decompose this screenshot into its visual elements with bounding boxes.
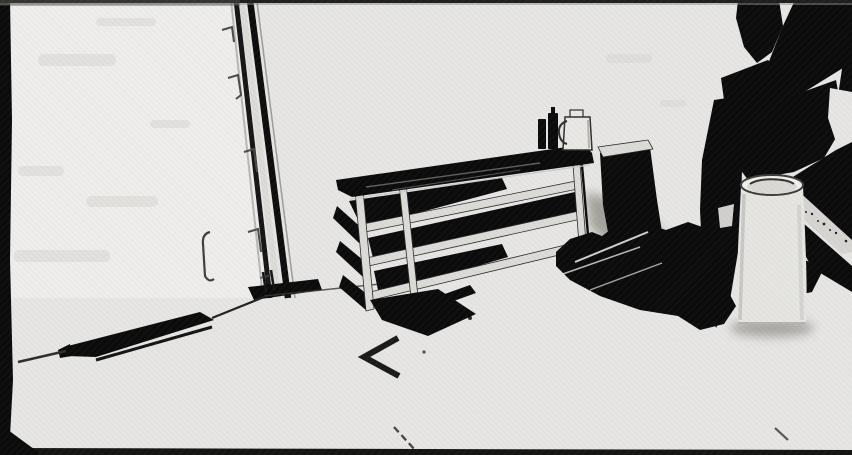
door-smudge bbox=[38, 54, 116, 66]
column-light-notch bbox=[718, 204, 734, 228]
bottle bbox=[548, 113, 558, 149]
door-smudge bbox=[14, 250, 110, 262]
wall-smudge bbox=[606, 54, 652, 63]
bucket bbox=[730, 175, 814, 337]
jug-shading bbox=[588, 120, 589, 148]
door-smudge bbox=[18, 166, 64, 176]
door-smudge bbox=[86, 196, 158, 207]
game-viewport[interactable] bbox=[0, 0, 852, 455]
scene-canvas bbox=[0, 0, 852, 455]
top-left-soft-band bbox=[0, 0, 240, 6]
wall-smudge bbox=[660, 100, 686, 107]
door-smudge bbox=[150, 120, 190, 128]
door-smudge bbox=[96, 18, 156, 26]
bottle-neck bbox=[551, 107, 555, 114]
floor-dot bbox=[422, 350, 425, 353]
bottle bbox=[538, 119, 546, 149]
floor-dot bbox=[468, 316, 472, 320]
bucket-body bbox=[737, 186, 807, 324]
